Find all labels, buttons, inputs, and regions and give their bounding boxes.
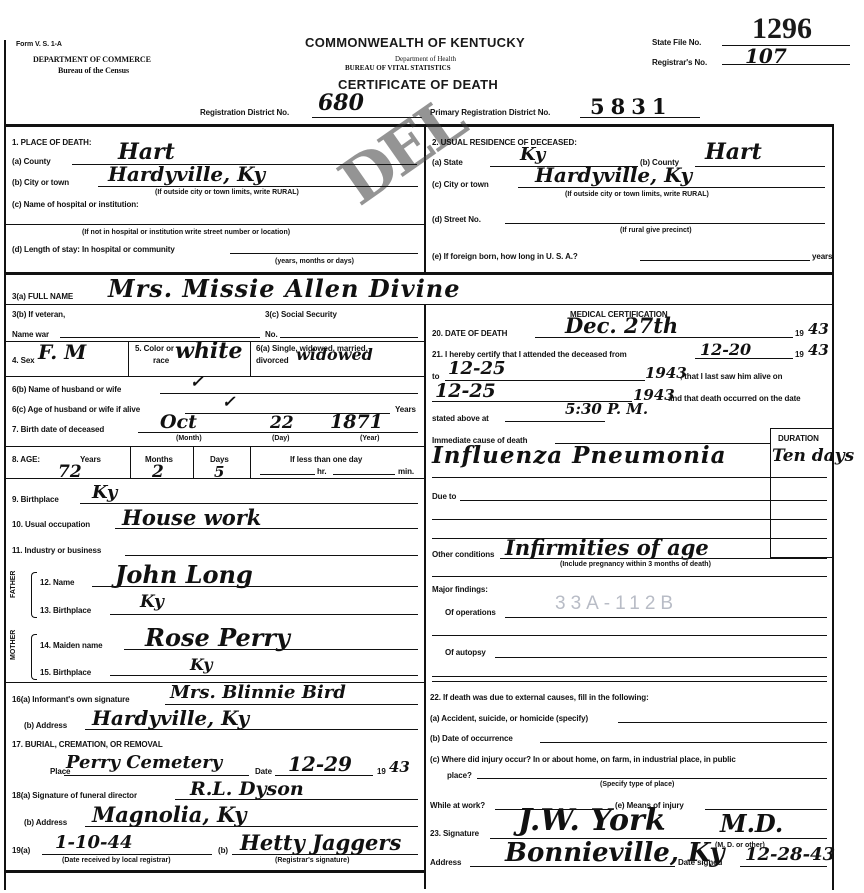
stated-above-label: stated above at <box>432 414 489 423</box>
age-years-value: 72 <box>58 462 82 482</box>
foreign-born-label: (e) If foreign born, how long in U. S. A… <box>432 252 578 261</box>
age-label: 8. AGE: <box>12 455 40 464</box>
burial-date-label: Date <box>255 767 272 776</box>
registrar-signature-value: Hetty Jaggers <box>240 830 401 855</box>
death-county-label: (a) County <box>12 157 51 166</box>
date-received-value: 1-10-44 <box>55 832 133 853</box>
other-conditions-value: Infirmities of age <box>505 535 709 560</box>
date-of-death-label: 20. DATE OF DEATH <box>432 329 507 338</box>
primary-district-value: 5831 <box>590 94 672 119</box>
informant-signature-label: 16(a) Informant's own signature <box>12 695 130 704</box>
of-operations-label: Of operations <box>445 608 496 617</box>
date-signed-value: 12-28-43 <box>745 844 835 865</box>
race-value: white <box>175 338 242 364</box>
attended-year-value: 43 <box>808 341 829 359</box>
birthplace-label: 9. Birthplace <box>12 495 59 504</box>
bureau-census-label: Bureau of the Census <box>58 66 129 75</box>
duration-value: Ten days <box>772 446 854 466</box>
full-name-label: 3(a) FULL NAME <box>12 292 73 301</box>
state-title: COMMONWEALTH OF KENTUCKY <box>305 35 525 50</box>
father-name-label: 12. Name <box>40 578 74 587</box>
date-of-occurrence-label: (b) Date of occurrence <box>430 734 513 743</box>
hospital-note: (If not in hospital or institution write… <box>82 229 290 236</box>
spouse-age-value: ✓ <box>222 392 235 411</box>
duration-label: DURATION <box>778 434 819 443</box>
physician-address-label: Address <box>430 858 461 867</box>
funeral-address-label: (b) Address <box>24 818 67 827</box>
death-year-value: 43 <box>808 320 829 338</box>
race-label: race <box>153 356 169 365</box>
father-birthplace-value: Ky <box>140 592 164 612</box>
injury-place-label: (c) Where did injury occur? In or about … <box>430 755 736 764</box>
injury-place-note: (Specify type of place) <box>600 781 674 788</box>
mother-birthplace-value: Ky <box>190 655 212 674</box>
physician-signature-label: 23. Signature <box>430 829 479 838</box>
burial-year-value: 43 <box>389 758 410 776</box>
color-label: 5. Color or <box>135 344 174 353</box>
funeral-director-value: R.L. Dyson <box>190 778 304 800</box>
death-city-note: (If outside city or town limits, write R… <box>155 189 299 196</box>
industry-label: 11. Industry or business <box>12 546 101 555</box>
birthplace-value: Ky <box>92 482 117 503</box>
death-occurred-label: and that death occurred on the date <box>668 394 801 403</box>
father-side-label: FATHER <box>10 571 17 598</box>
street-label: (d) Street No. <box>432 215 481 224</box>
death-city-label: (b) City or town <box>12 178 69 187</box>
accident-label: (a) Accident, suicide, or homicide (spec… <box>430 714 588 723</box>
bureau-vital-label: BUREAU OF VITAL STATISTICS <box>345 64 451 72</box>
father-birthplace-label: 13. Birthplace <box>40 606 91 615</box>
left-border <box>4 40 6 890</box>
time-of-death-value: 5:30 P. M. <box>565 400 648 418</box>
state-file-label: State File No. <box>652 38 701 47</box>
minutes-label: min. <box>398 467 414 476</box>
birth-month-value: Oct <box>160 411 197 433</box>
informant-address-label: (b) Address <box>24 721 67 730</box>
mother-bracket <box>31 634 37 680</box>
physician-signature-value: J.W. York <box>518 803 666 838</box>
major-findings-label: Major findings: <box>432 585 488 594</box>
veteran-war-label: Name war <box>12 330 49 339</box>
birth-date-label: 7. Birth date of deceased <box>12 425 104 434</box>
funeral-director-label: 18(a) Signature of funeral director <box>12 791 137 800</box>
less-than-day-label: If less than one day <box>290 455 362 464</box>
department-label: DEPARTMENT OF COMMERCE <box>33 55 151 64</box>
form-number: Form V. S. 1-A <box>16 41 62 48</box>
residence-city-label: (c) City or town <box>432 180 489 189</box>
burial-date-value: 12-29 <box>288 752 352 776</box>
hours-label: hr. <box>317 467 326 476</box>
residence-county-value: Hart <box>705 139 762 165</box>
mother-birthplace-label: 15. Birthplace <box>40 668 91 677</box>
street-note: (If rural give precinct) <box>620 227 692 234</box>
burial-place-value: Perry Cemetery <box>66 752 222 773</box>
main-column-divider <box>424 304 426 889</box>
age-months-value: 2 <box>152 462 164 482</box>
last-seen-value: 12-25 <box>435 380 496 402</box>
occupation-value: House work <box>122 505 261 530</box>
veteran-label: 3(b) If veteran, <box>12 310 65 319</box>
mother-name-label: 14. Maiden name <box>40 641 103 650</box>
age-years-label: Years <box>80 455 101 464</box>
father-bracket <box>31 572 37 618</box>
residence-city-note: (If outside city or town limits, write R… <box>565 191 709 198</box>
hospital-label: (c) Name of hospital or institution: <box>12 200 139 209</box>
spouse-age-suffix: Years <box>395 405 416 414</box>
residence-state-label: (a) State <box>432 158 463 167</box>
dept-health-label: Department of Health <box>395 55 456 63</box>
external-causes-heading: 22. If death was due to external causes,… <box>430 693 649 702</box>
registrar-signature-caption: (Registrar's signature) <box>275 857 349 864</box>
death-year-prefix: 19 <box>795 329 804 338</box>
spouse-name-label: 6(b) Name of husband or wife <box>12 385 121 394</box>
mother-name-value: Rose Perry <box>145 623 290 652</box>
funeral-address-value: Magnolia, Ky <box>92 802 247 827</box>
social-security-no-label: No. <box>265 330 278 339</box>
birth-year-value: 1871 <box>330 411 383 433</box>
date-received-caption: (Date received by local registrar) <box>62 857 171 864</box>
length-of-stay-note: (years, months or days) <box>275 258 354 265</box>
marital-value: widowed <box>296 345 373 364</box>
full-name-value: Mrs. Missie Allen Divine <box>108 274 461 303</box>
burial-heading: 17. BURIAL, CREMATION, OR REMOVAL <box>12 740 163 749</box>
registrar-no-label: Registrar's No. <box>652 58 707 67</box>
year-caption: (Year) <box>360 435 379 442</box>
mother-side-label: MOTHER <box>10 630 17 660</box>
spouse-age-label: 6(c) Age of husband or wife if alive <box>12 405 140 414</box>
attended-from-value: 12-20 <box>700 340 751 359</box>
attended-year-prefix: 19 <box>795 350 804 359</box>
registration-district-value: 680 <box>318 90 364 116</box>
foreign-born-suffix: years <box>812 252 832 261</box>
birth-day-value: 22 <box>270 413 294 433</box>
informant-signature-value: Mrs. Blinnie Bird <box>170 682 346 703</box>
physician-credential-value: M.D. <box>720 809 783 838</box>
attended-to-value: 12-25 <box>448 358 506 379</box>
due-to-label: Due to <box>432 492 456 501</box>
of-autopsy-label: Of autopsy <box>445 648 486 657</box>
spouse-name-value: ✓ <box>190 372 203 391</box>
divorced-label: divorced <box>256 356 289 365</box>
place-of-death-heading: 1. PLACE OF DEATH: <box>12 138 91 147</box>
while-at-work-label: While at work? <box>430 801 485 810</box>
occupation-label: 10. Usual occupation <box>12 520 90 529</box>
date-received-label: 19(a) <box>12 846 30 855</box>
length-of-stay-label: (d) Length of stay: In hospital or commu… <box>12 245 175 254</box>
day-caption: (Day) <box>272 435 290 442</box>
death-city-value: Hardyville, Ky <box>108 162 265 186</box>
residence-state-value: Ky <box>520 144 545 165</box>
date-signed-label: Date signed <box>678 858 722 867</box>
immediate-cause-value: Influenza Pneumonia <box>432 442 727 469</box>
residence-heading: 2. USUAL RESIDENCE OF DECEASED: <box>432 138 577 147</box>
state-file-value: 1296 <box>752 12 812 46</box>
burial-year-prefix: 19 <box>377 767 386 776</box>
sex-value: F. M <box>38 340 86 364</box>
last-saw-label: , that I last saw him alive on <box>680 372 782 381</box>
registration-district-label: Registration District No. <box>200 108 289 117</box>
other-conditions-note: (Include pregnancy within 3 months of de… <box>560 561 711 568</box>
other-conditions-label: Other conditions <box>432 550 494 559</box>
social-security-label: 3(c) Social Security <box>265 310 337 319</box>
father-name-value: John Long <box>115 560 253 589</box>
registrar-signature-label: (b) <box>218 846 228 855</box>
injury-place-suffix: place? <box>447 771 472 780</box>
informant-address-value: Hardyville, Ky <box>92 706 249 730</box>
month-caption: (Month) <box>176 435 202 442</box>
operations-stamp-value: 33A-112B <box>555 593 678 615</box>
residence-city-value: Hardyville, Ky <box>535 163 692 187</box>
sex-label: 4. Sex <box>12 356 35 365</box>
date-of-death-value: Dec. 27th <box>565 313 678 338</box>
